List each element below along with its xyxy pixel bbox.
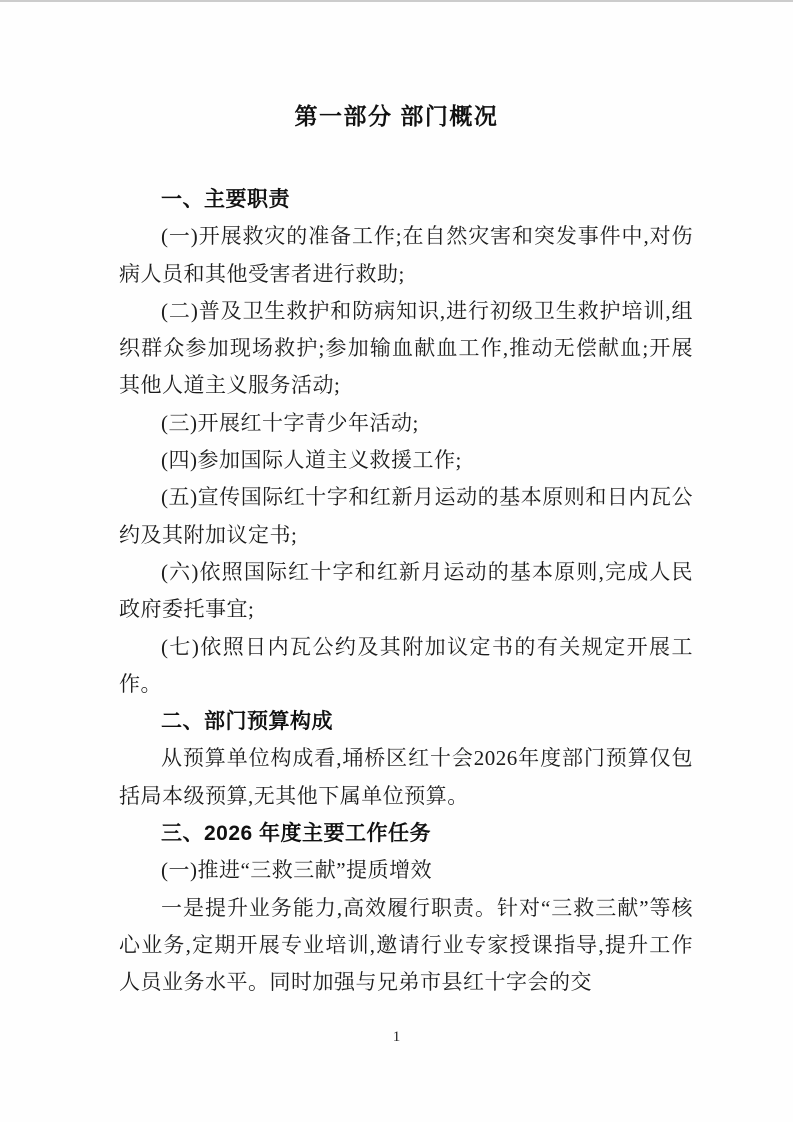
- page-number: 1: [0, 1028, 793, 1046]
- section-heading: 二、部门预算构成: [119, 703, 693, 740]
- paragraph: (一)推进“三救三献”提质增效: [119, 852, 693, 889]
- paragraph: 从预算单位构成看,埇桥区红十会2026年度部门预算仅包括局本级预算,无其他下属单…: [119, 740, 693, 815]
- document-title: 第一部分 部门概况: [0, 101, 793, 131]
- document-page: 第一部分 部门概况 一、主要职责(一)开展救灾的准备工作;在自然灾害和突发事件中…: [0, 0, 793, 1122]
- paragraph: (五)宣传国际红十字和红新月运动的基本原则和日内瓦公约及其附加议定书;: [119, 479, 693, 554]
- paragraph: 一是提升业务能力,高效履行职责。针对“三救三献”等核心业务,定期开展专业培训,邀…: [119, 890, 693, 1002]
- document-body: 一、主要职责(一)开展救灾的准备工作;在自然灾害和突发事件中,对伤病人员和其他受…: [0, 181, 793, 1002]
- section-heading: 一、主要职责: [119, 181, 693, 218]
- paragraph: (一)开展救灾的准备工作;在自然灾害和突发事件中,对伤病人员和其他受害者进行救助…: [119, 218, 693, 293]
- section-heading: 三、2026 年度主要工作任务: [119, 815, 693, 852]
- paragraph: (三)开展红十字青少年活动;: [119, 405, 693, 442]
- paragraph: (二)普及卫生救护和防病知识,进行初级卫生救护培训,组织群众参加现场救护;参加输…: [119, 293, 693, 405]
- paragraph: (六)依照国际红十字和红新月运动的基本原则,完成人民政府委托事宜;: [119, 554, 693, 629]
- paragraph: (四)参加国际人道主义救援工作;: [119, 442, 693, 479]
- paragraph: (七)依照日内瓦公约及其附加议定书的有关规定开展工作。: [119, 629, 693, 704]
